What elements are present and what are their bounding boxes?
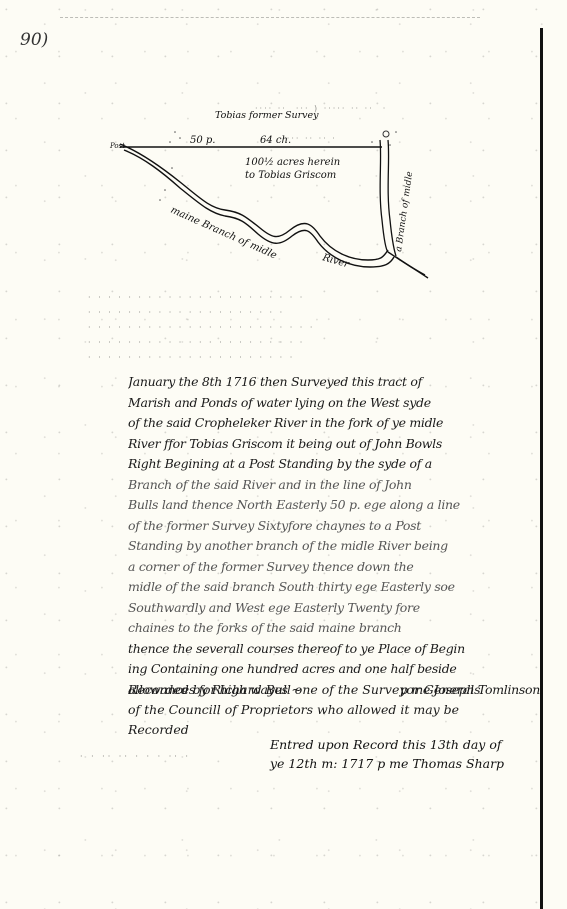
- entry-line: Bulls land thence North Easterly 50 p. e…: [128, 495, 540, 516]
- entry-line: ing Containing one hundred acres and one…: [128, 659, 540, 680]
- bleed-through-bottom: · · ·· ·· · · · ·· ·: [80, 752, 191, 761]
- survey-entry-text: January the 8th 1716 then Surveyed this …: [128, 372, 540, 700]
- bleed-line: · · · · · · · · · · · · · · · · · · · · …: [88, 335, 498, 350]
- survey-plat-map: Tobias former Survey Post 50 p. 64 ch. 1…: [100, 100, 450, 280]
- east-branch-inner: [388, 140, 396, 256]
- entry-line: chaines to the forks of the said maine b…: [128, 618, 540, 639]
- bleed-line: · · · · · · · · · · · · · · · · · · · ·: [88, 305, 498, 320]
- label-river: River: [320, 252, 351, 271]
- label-former-survey: Tobias former Survey: [215, 110, 319, 121]
- entry-line: Branch of the said River and in the line…: [128, 475, 540, 496]
- label-perches: 50 p.: [190, 135, 215, 146]
- entered-upon-record: Entred upon Record this 13th day of ye 1…: [270, 735, 540, 773]
- top-scan-edge: [60, 17, 480, 19]
- entry-line: of the said Cropheleker River in the for…: [128, 413, 540, 434]
- label-grantee: to Tobias Griscom: [245, 170, 336, 181]
- bleed-line: · · · · · · · · · · · · · · · · · · · · …: [88, 320, 498, 335]
- entry-line: River ffor Tobias Griscom it being out o…: [128, 434, 540, 455]
- entered-line-1: Entred upon Record this 13th day of: [270, 735, 540, 754]
- label-chains: 64 ch.: [260, 135, 291, 146]
- east-branch-outer: [380, 140, 388, 252]
- entry-line: Right Begining at a Post Standing by the…: [128, 454, 540, 475]
- recorded-line: Recorded by Richard Bull one of the Surv…: [128, 680, 540, 700]
- entry-line: January the 8th 1716 then Surveyed this …: [128, 372, 540, 393]
- recorded-line: of the Councill of Proprietors who allow…: [128, 700, 540, 720]
- entry-line: midle of the said branch South thirty eg…: [128, 577, 540, 598]
- entry-line: Southwardly and West ege Easterly Twenty…: [128, 598, 540, 619]
- page-number: 90): [20, 30, 48, 50]
- corner-post-marker: [383, 131, 389, 137]
- document-page: 90) ···· ·· ··· ) ····· ·· ·· · ···· ·· …: [0, 0, 567, 909]
- entered-line-2: ye 12th m: 1717 p me Thomas Sharp: [270, 754, 540, 773]
- entry-line: thence the severall courses thereof to y…: [128, 639, 540, 660]
- bleed-line: · · · · · · · · · · · · · · · · · · · · …: [88, 290, 498, 305]
- recorded-by-text: Recorded by Richard Bull one of the Surv…: [128, 680, 540, 740]
- entry-line: Standing by another branch of the midle …: [128, 536, 540, 557]
- entry-line: a corner of the former Survey thence dow…: [128, 557, 540, 578]
- entry-line: of the former Survey Sixtyfore chaynes t…: [128, 516, 540, 537]
- bleed-through-block: · · · · · · · · · · · · · · · · · · · · …: [88, 290, 498, 365]
- label-post: Post: [109, 142, 125, 150]
- bleed-line: · · · · · · · · · · · · · · · · · · · · …: [88, 350, 498, 365]
- right-margin-rule: [540, 28, 543, 909]
- label-acreage: 100½ acres herein: [245, 157, 340, 168]
- label-side-branch: a Branch of midle: [394, 171, 415, 253]
- entry-line: Marish and Ponds of water lying on the W…: [128, 393, 540, 414]
- label-main-branch: maine Branch of midle: [169, 205, 279, 262]
